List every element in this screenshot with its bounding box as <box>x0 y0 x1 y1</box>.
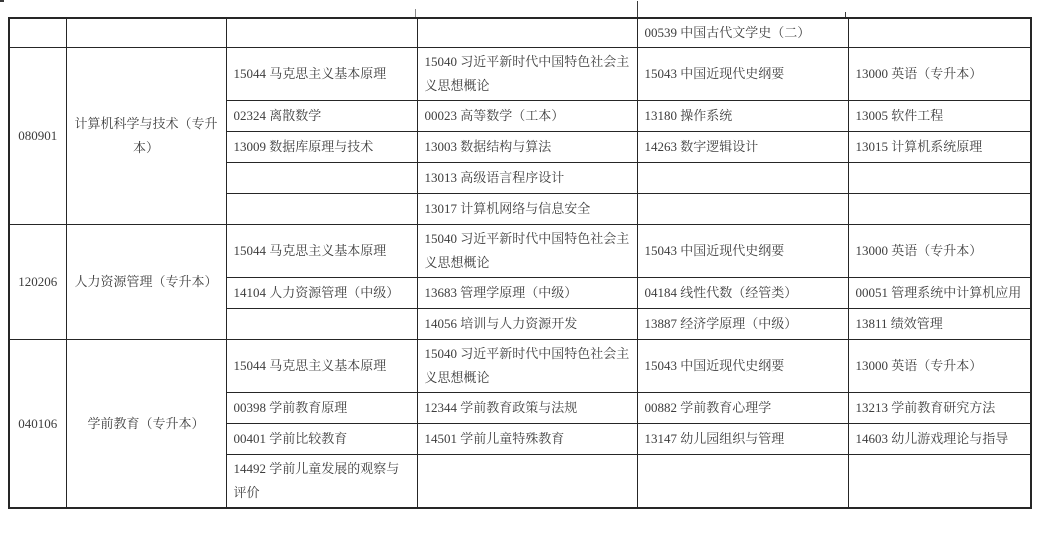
empty-cell <box>848 163 1031 194</box>
empty-cell <box>226 194 417 225</box>
course-cell: 13000 英语（专升本） <box>848 48 1031 101</box>
course-cell: 14056 培训与人力资源开发 <box>417 309 637 340</box>
course-cell: 13683 管理学原理（中级） <box>417 278 637 309</box>
course-cell: 14492 学前儿童发展的观察与评价 <box>226 455 417 509</box>
table-row: 040106 学前教育（专升本） 15044 马克思主义基本原理 15040 习… <box>9 340 1031 393</box>
course-cell: 00398 学前教育原理 <box>226 393 417 424</box>
major-code-cell: 080901 <box>9 48 66 225</box>
major-name-cell: 计算机科学与技术（专升本） <box>66 48 226 225</box>
course-cell: 15044 马克思主义基本原理 <box>226 340 417 393</box>
course-cell: 15040 习近平新时代中国特色社会主义思想概论 <box>417 340 637 393</box>
empty-cell <box>637 194 848 225</box>
course-cell: 15044 马克思主义基本原理 <box>226 225 417 278</box>
course-cell: 13000 英语（专升本） <box>848 225 1031 278</box>
course-cell: 15040 习近平新时代中国特色社会主义思想概论 <box>417 48 637 101</box>
course-cell: 13017 计算机网络与信息安全 <box>417 194 637 225</box>
empty-cell <box>637 455 848 509</box>
course-cell: 15043 中国近现代史纲要 <box>637 48 848 101</box>
course-cell: 00051 管理系统中计算机应用 <box>848 278 1031 309</box>
cropped-gridline-artifact <box>0 0 4 2</box>
empty-cell <box>226 309 417 340</box>
course-cell: 14603 幼儿游戏理论与指导 <box>848 424 1031 455</box>
course-cell: 00882 学前教育心理学 <box>637 393 848 424</box>
major-code-cell: 040106 <box>9 340 66 509</box>
course-cell: 13003 数据结构与算法 <box>417 132 637 163</box>
empty-cell <box>66 18 226 48</box>
empty-cell <box>417 455 637 509</box>
major-code-cell: 120206 <box>9 225 66 340</box>
empty-cell <box>417 18 637 48</box>
course-cell: 14104 人力资源管理（中级） <box>226 278 417 309</box>
document-page: 00539 中国古代文学史（二） 080901 计算机科学与技术（专升本） 15… <box>0 0 1039 533</box>
course-cell: 00539 中国古代文学史（二） <box>637 18 848 48</box>
course-cell: 15044 马克思主义基本原理 <box>226 48 417 101</box>
empty-cell <box>226 163 417 194</box>
empty-cell <box>848 18 1031 48</box>
course-cell: 13147 幼儿园组织与管理 <box>637 424 848 455</box>
course-cell: 15040 习近平新时代中国特色社会主义思想概论 <box>417 225 637 278</box>
course-cell: 13887 经济学原理（中级） <box>637 309 848 340</box>
course-cell: 02324 离散数学 <box>226 101 417 132</box>
course-cell: 12344 学前教育政策与法规 <box>417 393 637 424</box>
course-cell: 15043 中国近现代史纲要 <box>637 340 848 393</box>
major-name-cell: 学前教育（专升本） <box>66 340 226 509</box>
empty-cell <box>9 18 66 48</box>
course-cell: 13180 操作系统 <box>637 101 848 132</box>
course-cell: 13811 绩效管理 <box>848 309 1031 340</box>
course-cell: 14263 数字逻辑设计 <box>637 132 848 163</box>
course-cell: 00401 学前比较教育 <box>226 424 417 455</box>
course-cell: 13015 计算机系统原理 <box>848 132 1031 163</box>
cropped-gridline-artifact <box>637 1 638 18</box>
course-cell: 13009 数据库原理与技术 <box>226 132 417 163</box>
course-cell: 00023 高等数学（工本） <box>417 101 637 132</box>
empty-cell <box>848 455 1031 509</box>
course-cell: 13013 高级语言程序设计 <box>417 163 637 194</box>
course-cell: 15043 中国近现代史纲要 <box>637 225 848 278</box>
table-row-partial: 00539 中国古代文学史（二） <box>9 18 1031 48</box>
empty-cell <box>226 18 417 48</box>
empty-cell <box>848 194 1031 225</box>
empty-cell <box>637 163 848 194</box>
major-name-cell: 人力资源管理（专升本） <box>66 225 226 340</box>
table-row: 080901 计算机科学与技术（专升本） 15044 马克思主义基本原理 150… <box>9 48 1031 101</box>
course-cell: 13005 软件工程 <box>848 101 1031 132</box>
course-schedule-table: 00539 中国古代文学史（二） 080901 计算机科学与技术（专升本） 15… <box>8 17 1032 509</box>
course-cell: 04184 线性代数（经管类） <box>637 278 848 309</box>
course-cell: 13213 学前教育研究方法 <box>848 393 1031 424</box>
course-cell: 13000 英语（专升本） <box>848 340 1031 393</box>
course-cell: 14501 学前儿童特殊教育 <box>417 424 637 455</box>
table-row: 120206 人力资源管理（专升本） 15044 马克思主义基本原理 15040… <box>9 225 1031 278</box>
